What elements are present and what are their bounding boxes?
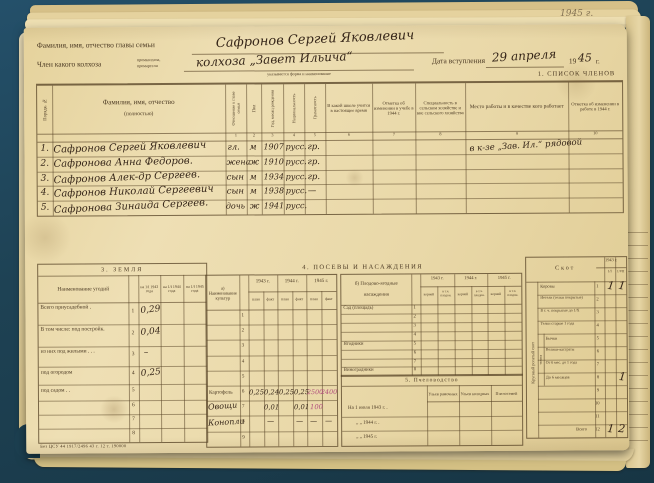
- next-page-table-lines: [628, 232, 648, 444]
- col-number: 8: [415, 132, 465, 137]
- member-name: Сафронов Сергей Яковлевич: [53, 140, 206, 156]
- livestock-value: 2: [618, 422, 626, 436]
- member-order: 5.: [41, 203, 50, 213]
- col-number: 10: [568, 131, 622, 136]
- member-birth-year: 1934: [264, 172, 284, 181]
- year-printed: 19: [569, 57, 577, 65]
- crops-row-label-handwritten: Овощи: [208, 401, 238, 412]
- member-nationality: русс.: [285, 157, 306, 166]
- crops-row-number: 4: [242, 360, 245, 365]
- livestock-subcol-jan: 1/I: [604, 270, 615, 274]
- photo-of-register-book: 1945 г. Фамилия, имя, отчество главы сем…: [0, 0, 654, 483]
- section1-title: 1. СПИСОК ЧЛЕНОВ: [529, 70, 624, 78]
- bee-col-log-hives: Ульев колодных: [459, 386, 491, 401]
- orchard-row-number: 1: [413, 305, 415, 310]
- orchard-table: б) Плодово-ягодные насаждения 1943 г. 19…: [340, 273, 523, 377]
- orchard-year-1943: 1943 г.: [420, 276, 454, 281]
- orchard-row-number: 7: [414, 359, 416, 364]
- crops-value: —: [325, 417, 332, 425]
- member-sex: м: [250, 172, 257, 182]
- livestock-table: Скот 1943 г. 1/I 1/VII Крупный рогатый с…: [525, 256, 628, 439]
- member-name: Сафронов Алек-др Сергеев.: [53, 169, 200, 186]
- crops-row-label: Картофель: [209, 391, 233, 397]
- orchard-row-number: 2: [413, 314, 415, 319]
- fact-subcol: факт: [292, 297, 306, 301]
- kolkhoz-paren-line1: промколхоза,: [137, 58, 161, 63]
- member-birth-year: 1938: [264, 187, 284, 196]
- col-number: 2: [246, 133, 261, 138]
- year-written: 45: [578, 51, 592, 64]
- crops-value-red: 2400: [321, 388, 337, 396]
- crops-value: —: [296, 417, 303, 425]
- land-row-value: 0,04: [140, 326, 161, 337]
- member-birth-year: 1910: [263, 157, 283, 166]
- entry-date-label: Дата вступления: [432, 57, 485, 65]
- land-row-number: 5: [132, 388, 135, 394]
- orchard-row-number: 4: [414, 332, 416, 337]
- land-row: под огородом 4 0,25: [39, 366, 207, 386]
- col-header-sex: Пол: [247, 86, 260, 130]
- land-row: 8: [39, 428, 207, 443]
- col-header-literacy: Грамотность: [305, 86, 324, 130]
- col-header-work-note: Отметка об изменении в работе в 1944 г.: [569, 86, 621, 126]
- livestock-row-total: Всего 12 1 2: [538, 424, 627, 438]
- bee-row-label: „ „ 1945 г.: [356, 435, 377, 441]
- livestock-row-number: 9: [597, 388, 599, 393]
- kolkhoz-note: указывается форма и наименование: [219, 72, 379, 78]
- family-name-label: Фамилия, имя, отчество главы семьи: [37, 41, 155, 50]
- livestock-title: Скот: [534, 261, 596, 275]
- crops-row-number: 6: [242, 390, 245, 395]
- member-birth-year: 1907: [263, 142, 283, 151]
- kolkhoz-label: Член какого колхоза: [37, 60, 101, 68]
- land-title: 3. ЗЕМЛЯ: [38, 264, 206, 277]
- col-header-nationality: Национальность: [284, 86, 303, 130]
- orchard-row-number: 6: [414, 350, 416, 355]
- land-row-number: 6: [132, 403, 135, 409]
- fact-subcol: факт: [263, 297, 277, 301]
- member-nationality: русс.: [286, 172, 307, 181]
- roots-subcol: корней: [487, 293, 504, 297]
- member-order: 4.: [41, 188, 50, 198]
- bee-row-label: „ „ 1944 г. .: [356, 421, 379, 427]
- col-number: 7: [372, 132, 415, 137]
- member-sex: ж: [250, 202, 260, 212]
- land-row-label: Всего приусадебной .: [40, 305, 125, 311]
- land-row: из них под жилыми . . . 3 –: [39, 346, 207, 368]
- roots-subcol: корней: [420, 293, 437, 297]
- previous-page-date-fragment: 1945 г.: [560, 9, 593, 19]
- bearing-subcol: в т.ч. плодон.: [504, 290, 521, 297]
- bearing-subcol: в т.ч. плодон.: [471, 290, 487, 297]
- livestock-row-label: Волики-кастраты: [546, 347, 594, 352]
- member-name: Сафронова Анна Федоров.: [53, 155, 193, 169]
- livestock-row-number: 3: [596, 310, 598, 315]
- crops-row-number: 8: [242, 420, 245, 425]
- entry-date-underline: [486, 67, 564, 68]
- family-name-value: Сафронов Сергей Яковлевич: [216, 28, 415, 51]
- land-row-number: 3: [132, 352, 135, 358]
- livestock-row-label: Телки старше 1 года: [541, 321, 593, 326]
- member-literacy: гр.: [308, 172, 321, 182]
- livestock-row-label: Всего: [576, 427, 587, 432]
- orchard-row-number: 5: [414, 341, 416, 346]
- orchard-row-label: Виноградники: [344, 368, 374, 373]
- member-literacy: —: [308, 186, 317, 196]
- land-row-number: 8: [132, 431, 135, 437]
- grid-line: [596, 267, 626, 268]
- member-relation: сын: [227, 187, 244, 197]
- livestock-row-number: 2: [596, 297, 598, 302]
- beekeeping-table: 5. Пчеловодство Ульев рамочных Ульев кол…: [341, 374, 523, 447]
- col-header-order: Порядк. №: [38, 89, 51, 131]
- land-row-value: 0,29: [140, 304, 161, 316]
- crops-value: 0,25: [279, 388, 294, 396]
- crops-row-number: 2: [242, 329, 245, 334]
- crops-value: 0,01: [294, 403, 309, 411]
- col-header-name-sub: (полностью): [52, 109, 225, 120]
- member-literacy: гр.: [307, 142, 320, 152]
- bee-col-colonies: Пчелосемей: [491, 386, 522, 401]
- crops-value: —: [267, 417, 274, 425]
- col-header-relation: Отношение к главе семьи: [226, 86, 245, 130]
- land-row-label: из них под жилыми . . .: [41, 349, 126, 355]
- crops-year-1944: 1944 г.: [277, 279, 306, 285]
- land-row-number: 7: [132, 417, 135, 423]
- col-number: 5: [304, 133, 325, 138]
- plan-subcol: план: [306, 297, 321, 301]
- land-year-1944: на 1/I 1944 года: [160, 277, 183, 301]
- col-header-school: В какой школе учится в настоящее время: [326, 88, 371, 128]
- member-order: 3.: [41, 173, 50, 183]
- member-name: Сафронова Зинаида Сергеев.: [54, 198, 209, 217]
- livestock-value: 1: [617, 279, 626, 293]
- livestock-row-number: 11: [595, 414, 599, 419]
- col-number: 4: [283, 133, 304, 138]
- kolkhoz-paren-line2: промартели: [137, 64, 158, 69]
- livestock-row-number: 1: [596, 284, 598, 289]
- col-header-specialty: Специальность в сельском хозяйстве и вне…: [416, 87, 464, 127]
- orchard-year-1944: 1944 г.: [454, 276, 487, 281]
- member-sex: ж: [249, 157, 259, 167]
- col-number: 6: [325, 133, 372, 138]
- land-row-label: В том числе: под постройк.: [41, 327, 126, 333]
- livestock-row-label: Коровы: [540, 284, 592, 289]
- member-nationality: русс.: [286, 187, 307, 196]
- land-col-label: Наименование угодий: [40, 277, 126, 302]
- col-number: 3: [261, 133, 283, 138]
- crops-year-1943: 1943 г.: [248, 279, 277, 285]
- orchard-row-number: 3: [414, 323, 416, 328]
- livestock-row-label: Бычки: [546, 336, 594, 341]
- land-row: В том числе: под постройк. 2 0,04: [39, 324, 207, 348]
- livestock-row-label: До 6 месяцев: [546, 375, 594, 380]
- bearing-subcol: в т.ч. плодон.: [437, 290, 454, 297]
- plan-subcol: план: [248, 297, 263, 301]
- col-header-school-note: Отметка об изменении в учебе в 1944 г.: [373, 87, 414, 127]
- entry-date-value: 29 апреля: [492, 47, 557, 65]
- plan-subcol: план: [277, 297, 292, 301]
- land-row-value: 0,25: [140, 367, 161, 379]
- land-row-label: под огородом: [41, 370, 126, 376]
- member-row: 5. Сафронова Зинаида Сергеев. дочь ж 194…: [38, 197, 623, 215]
- crops-value: —: [310, 417, 317, 425]
- land-year-1943: на 1/I 1943 года: [138, 277, 160, 301]
- livestock-row-number: 12: [595, 427, 600, 432]
- livestock-value: 1: [618, 370, 626, 384]
- livestock-value: 1: [607, 422, 615, 436]
- bee-row: „ „ 1945 г.: [342, 430, 522, 445]
- members-table: Порядк. № Фамилия, имя, отчество (полнос…: [36, 80, 624, 217]
- col-number: 1: [225, 133, 246, 138]
- crops-row-number: 1: [241, 314, 244, 319]
- crops-row: 9: [207, 431, 337, 447]
- land-row-number: 4: [132, 371, 135, 377]
- bee-col-frame-hives: Ульев рамочных: [427, 386, 459, 401]
- col-header-workplace: Место работы и в качестве кого работает: [466, 91, 567, 124]
- orchard-col-label-2: насаждения: [343, 288, 409, 300]
- crops-row-number: 9: [242, 436, 245, 441]
- col-header-name: Фамилия, имя, отчество: [52, 95, 225, 110]
- crops-row-number: 3: [242, 344, 245, 349]
- crops-col-label: а) Наименование культур: [207, 278, 238, 308]
- orchard-row-label: Сад (площадь): [343, 306, 373, 311]
- member-nationality: русс.: [286, 201, 307, 210]
- orchard-row-label: Ягодники: [344, 342, 364, 347]
- member-relation: гл.: [227, 143, 239, 153]
- crops-row-number: 5: [242, 375, 245, 380]
- kolkhoz-value: колхоза „Завет Ильича“: [196, 49, 353, 69]
- land-row-number: 2: [132, 331, 135, 337]
- crops-value-red: 100: [310, 403, 323, 411]
- fact-subcol: факт: [321, 297, 336, 301]
- bee-row-label: На 1 июля 1943 г. .: [348, 406, 388, 412]
- land-row-number: 1: [131, 309, 134, 315]
- livestock-row-number: 10: [595, 401, 600, 406]
- register-page: Фамилия, имя, отчество главы семьи Сафро…: [24, 24, 630, 454]
- land-table: 3. ЗЕМЛЯ Наименование угодий на 1/I 1943…: [37, 263, 208, 444]
- roots-subcol: корней: [454, 293, 471, 297]
- crops-value: 0,25: [249, 388, 264, 396]
- crops-row-number: 7: [242, 405, 245, 410]
- livestock-row-number: 8: [597, 375, 599, 380]
- livestock-row-number: 7: [597, 362, 599, 367]
- member-relation: дочь: [226, 202, 245, 211]
- land-row-value: –: [144, 348, 149, 358]
- crops-value: 0,24: [264, 388, 279, 396]
- land-year-1945: на 1/I 1945 года: [183, 277, 206, 301]
- land-row: Всего приусадебной . 1 0,29: [38, 302, 206, 326]
- livestock-year: 1943 г.: [596, 258, 626, 263]
- livestock-row-label: От 6 мес. до 1 года: [546, 360, 594, 365]
- print-imprint: Без ЦСУ 44 1917/2496 43 г. 12 т. 190000: [40, 444, 126, 449]
- member-relation: сын: [227, 172, 244, 182]
- livestock-subcol-jul: 1/VII: [615, 270, 626, 274]
- member-workplace: в к-зе „Зав. Ил.“ рядовой: [469, 137, 582, 154]
- member-order: 2.: [41, 158, 50, 168]
- land-row-label: под садом . .: [41, 388, 126, 394]
- livestock-row-number: 5: [597, 336, 599, 341]
- livestock-row-number: 6: [597, 349, 599, 354]
- orchard-year-1945: 1945 г.: [487, 276, 521, 281]
- crops-value: 0,01: [264, 403, 279, 411]
- year-suffix: г.: [596, 58, 600, 66]
- crops-table: а) Наименование культур 1943 г. 1944 г. …: [205, 274, 338, 448]
- crops-year-1945: 1945 г.: [306, 279, 336, 285]
- orchard-row-number: 8: [414, 367, 416, 372]
- sowing-title: 4. ПОСЕВЫ И НАСАЖДЕНИЯ: [205, 263, 520, 272]
- member-order: 1.: [40, 144, 49, 154]
- member-sex: м: [250, 187, 257, 197]
- livestock-row-number: 4: [597, 323, 599, 328]
- col-header-birth: Год, месяц рождения: [262, 86, 282, 130]
- member-nationality: русс.: [285, 142, 306, 151]
- member-sex: м: [249, 142, 256, 152]
- member-literacy: гр.: [307, 157, 320, 167]
- member-relation: жена: [226, 157, 250, 166]
- col-number: 9: [465, 132, 568, 137]
- crops-row-label-handwritten: Конопли: [208, 417, 245, 428]
- livestock-row-label: В т. ч. покрытые до 1/X: [540, 308, 592, 313]
- livestock-value: 1: [606, 279, 615, 293]
- livestock-row-label: Нетели (телки покрытые): [540, 295, 592, 300]
- member-birth-year: 1941: [264, 201, 284, 210]
